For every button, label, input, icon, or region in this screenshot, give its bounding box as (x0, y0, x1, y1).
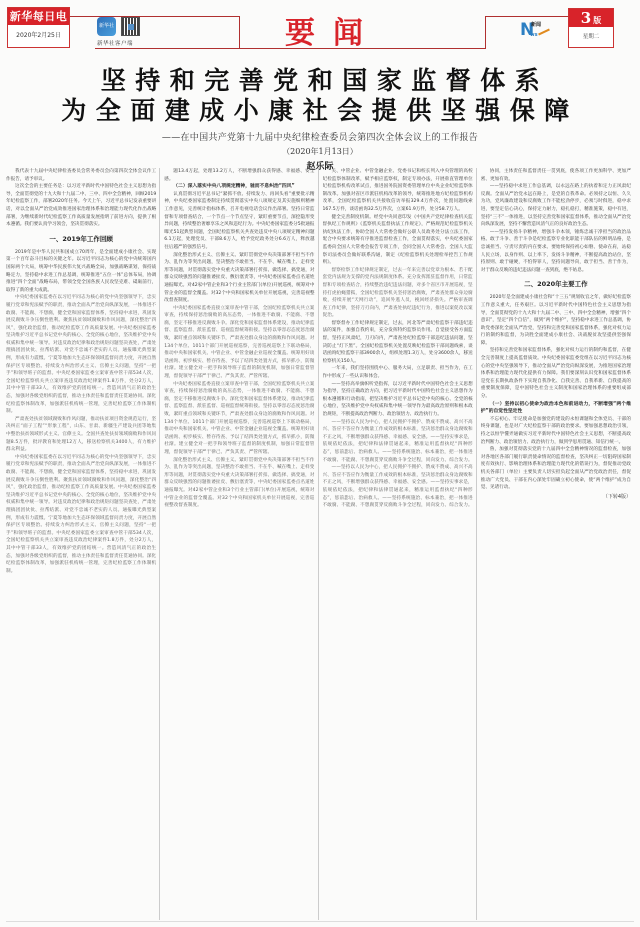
page-number-value: 3 (581, 9, 591, 27)
paragraph: ——坚持高举旗帜听党指挥，以习近平新时代中国特色社会主义思想为指导，坚持正确政治… (323, 381, 473, 419)
paragraph: 健全完善制度机制。经党中央同意印发《中国共产党纪律检查机关监督执纪工作规则》《监… (323, 214, 473, 267)
paragraph: 督察检察工作纪律规定制定，过去一年来完善以党章为根本、若干配套党内法规为支撑的党… (323, 267, 473, 320)
article-subtitle: ——在中国共产党第十九届中央纪律检查委员会第四次全体会议上的工作报告 (0, 130, 640, 143)
column-2: 题13.4万起，处理13.2万人，不断增强群众获得感、幸福感、安全感。 （二）深… (164, 168, 318, 920)
paragraph: 督察督办工作纪律规定制定，过去，河北等严肃纪检监察干部违纪违法的案件，加强自我约… (323, 320, 473, 366)
app-icon-label: 新华社 (97, 17, 116, 36)
article-body: 我代表十九届中央纪律检查委员会常务委员会向第四次全体会议作工作报告，请予审议。 … (6, 168, 634, 920)
paragraph: 鲁，加强对贯彻落实党的十九届四中全会精神情况的监督检查，加强对各地区各部门履行职… (481, 446, 631, 492)
page-number: 3版 (569, 9, 613, 27)
column-3: 关、中管企业、中管金融企业、党委书记和校长列入中央管理的高校纪检监察体制改革，赋… (323, 168, 477, 920)
newspaper-nameplate: 新华每日电讯 2020年2月25日 (7, 7, 70, 48)
paragraph: ——坚持以人民为中心，把人民拥护不拥护、赞成不赞成、高兴不高兴、答应不答应作为衡… (323, 464, 473, 510)
masthead-rule (485, 16, 568, 17)
newspaper-name: 新华每日电讯 (8, 8, 69, 25)
masthead-rule (485, 16, 486, 49)
paragraph: 深化整治形式主义、官僚主义。紧盯贯彻党中央决策部署不担当不作为、乱作为等突出问题… (164, 457, 314, 510)
article-dateline: （2020年1月13日） (0, 146, 640, 157)
masthead: 新华每日电讯 2020年2月25日 新华社 新华社客户端 要闻 N 新闻 ws … (0, 0, 640, 52)
section-heading: 二、2020年主要工作 (481, 280, 631, 289)
column-1: 我代表十九届中央纪律检查委员会常务委员会向第四次全体会议作工作报告，请予审议。 … (6, 168, 160, 920)
subsection-heading: （一）坚持以初心使命为政治本色和前进动力，不断增强“两个维护”的自觉性坚定性 (481, 401, 631, 416)
paragraph: 坚持和完善党和国家监督体系，强化对权力运行的制约和监督，在健全完善制度上提高监督… (481, 347, 631, 400)
paragraph: 题13.4万起，处理13.2万人，不断增强群众获得感、幸福感、安全感。 (164, 168, 314, 183)
headline-line-1: 坚持和完善党和国家监督体系 (0, 66, 640, 96)
paragraph: 深化整治形式主义、官僚主义。紧盯贯彻党中央决策部署不担当不作为、乱作为等突出问题… (164, 252, 314, 305)
column-4: 协同，主体责任和监督责任一贯到底，使各项工作更加科学、更加严密、更加有效。 ——… (481, 168, 634, 920)
page-bottom-rule (6, 921, 634, 922)
client-label: 新华社客户端 (97, 39, 133, 47)
section-title: 要闻 (285, 8, 381, 52)
paragraph: 协同，主体责任和监督责任一贯到底，使各项工作更加科学、更加严密、更加有效。 (481, 168, 631, 183)
news-logo-icon: N 新闻 ws (520, 20, 550, 40)
qr-code-icon[interactable] (121, 17, 140, 36)
paragraph: 这次全会的主要任务是：以习近平新时代中国特色社会主义思想为指导，全面贯彻党的十九… (6, 183, 156, 229)
subsection-heading: （二）深入落实中央八项规定精神，驰而不息纠治“四风” (164, 183, 314, 191)
continued-on-page-link[interactable]: （下转4版） (481, 494, 631, 502)
masthead-rule (70, 16, 240, 48)
page-suffix: 版 (593, 15, 601, 25)
article-header: 坚持和完善党和国家监督体系 为全面建成小康社会提供坚强保障 ——在中国共产党第十… (0, 66, 640, 172)
headline-line-2: 为全面建成小康社会提供坚强保障 (0, 96, 640, 126)
paragraph: 2020年是全面建成小康社会和“十三五”规划收官之年，做好纪检监察工作意义重大，… (481, 294, 631, 347)
paragraph: 中央纪委国家监委在以习近平同志为核心的党中央坚强领导下，忠实履行党章和宪法赋予的… (6, 294, 156, 416)
paragraph: 不忘初心、牢记使命是加强党的建设的永恒课题和全体党员、干部的终身课题，也是对广大… (481, 416, 631, 446)
logo-ws: ws (530, 32, 538, 38)
paragraph: 认真贯彻习近平总书记“紧抓不放、持续发力、再回头看”重要批示精神，中央纪委国家监… (164, 191, 314, 252)
weekday: 星期二 (569, 27, 613, 47)
paragraph: ——坚持发扬斗争精神，增强斗争本领，锤炼忠诚干净担当的政治品格。敢于斗争、善于斗… (481, 229, 631, 275)
logo-cn: 新闻 (531, 22, 541, 28)
paragraph: 中央纪委国家监委在以习近平同志为核心的党中央坚强领导下，忠实履行党章和宪法赋予的… (6, 454, 156, 576)
section-heading: 一、2019年工作回顾 (6, 235, 156, 244)
paragraph: 中央纪委国家监委直接立案审查中管干部，全国纪检监察机关共立案审查，持续保持惩治腐… (164, 305, 314, 381)
page-indicator: 3版 星期二 (568, 8, 614, 48)
paragraph: 中央纪委国家监委直接立案审查中管干部，全国纪检监察机关共立案审查，持续保持惩治腐… (164, 381, 314, 457)
paragraph: ——坚持稳中求进工作总基调，以永远在路上的执着和定力正风肃纪反腐。全面从严治党永… (481, 183, 631, 229)
logo-swoosh (538, 29, 550, 36)
paragraph: 我代表十九届中央纪律检查委员会常务委员会向第四次全体会议作工作报告，请予审议。 (6, 168, 156, 183)
paragraph: 严肃查处扶贫领域腐败和作风问题，推动扶贫项目资金规范运行，坚决纠正“面子工程”“… (6, 416, 156, 454)
paragraph: ——坚持以人民为中心，把人民拥护不拥护、赞成不赞成、高兴不高兴、答应不答应作为衡… (323, 419, 473, 465)
masthead-rule (95, 48, 243, 49)
paragraph: 一年来，我们坚持围绕中心、服务大局，立足职责、担当作为，在工作中形成了一些认识和… (323, 365, 473, 380)
paragraph: 关、中管企业、中管金融企业、党委书记和校长列入中央管理的高校纪检监察体制改革，赋… (323, 168, 473, 214)
paragraph: 2019年是中华人民共和国成立70周年，是全面建成小康社会、实现第一个百年奋斗目… (6, 249, 156, 295)
xinhua-app-icon[interactable]: 新华社 (97, 17, 116, 36)
issue-date: 2020年2月25日 (8, 25, 69, 47)
